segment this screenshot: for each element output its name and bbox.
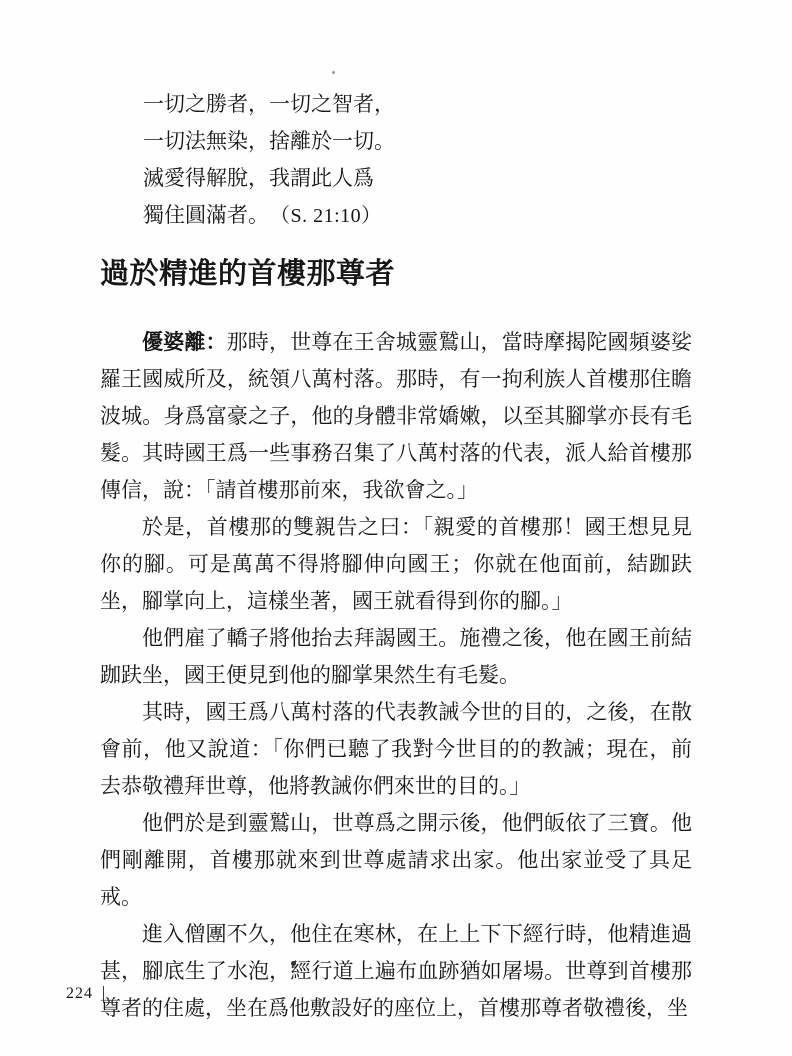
section-heading: 過於精進的首樓那尊者 [100,257,692,291]
scan-artifact-dot [291,961,296,966]
body-text: 優婆離：那時，世尊在王舍城靈鷲山，當時摩揭陀國頻婆娑羅王國威所及，統領八萬村落。… [100,324,692,1027]
page-content: 一切之勝者，一切之智者， 一切法無染，捨離於一切。 滅愛得解脫，我謂此人爲 獨住… [0,0,792,1027]
verse-line-1: 一切之勝者，一切之智者， [143,86,692,123]
paragraph-4: 其時，國王爲八萬村落的代表教誡今世的目的，之後，在散會前，他又說道：「你們已聽了… [100,694,692,805]
verse-line-4: 獨住圓滿者。（S. 21:10） [143,197,692,235]
paragraph-1-text: 那時，世尊在王舍城靈鷲山，當時摩揭陀國頻婆娑羅王國威所及，統領八萬村落。那時，有… [100,330,692,502]
verse-citation: （S. 21:10） [280,205,382,227]
verse-line-3: 滅愛得解脫，我謂此人爲 [143,160,692,197]
verse-line-4-text: 獨住圓滿者。 [143,203,269,227]
verse-block: 一切之勝者，一切之智者， 一切法無染，捨離於一切。 滅愛得解脫，我謂此人爲 獨住… [100,86,692,235]
paragraph-5: 他們於是到靈鷲山，世尊爲之開示後，他們皈依了三寶。他們剛離開，首樓那就來到世尊處… [100,805,692,916]
page-number: 224 [66,985,93,1003]
paragraph-2: 於是，首樓那的雙親告之曰：「親愛的首樓那！國王想見見你的腳。可是萬萬不得將腳伸向… [100,509,692,620]
paragraph-6: 進入僧團不久，他住在寒林，在上上下下經行時，他精進過甚，腳底生了水泡，經行道上遍… [100,916,692,1027]
paragraph-3: 他們雇了轎子將他抬去拜謁國王。施禮之後，他在國王前結跏趺坐，國王便見到他的腳掌果… [100,620,692,694]
scan-artifact-dot [332,71,335,74]
paragraph-1: 優婆離：那時，世尊在王舍城靈鷲山，當時摩揭陀國頻婆娑羅王國威所及，統領八萬村落。… [100,324,692,509]
footer-divider [103,986,104,1003]
verse-line-2: 一切法無染，捨離於一切。 [143,123,692,160]
page-footer: 224 [66,985,104,1003]
speaker-label: 優婆離： [142,330,227,354]
book-page: 一切之勝者，一切之智者， 一切法無染，捨離於一切。 滅愛得解脫，我謂此人爲 獨住… [0,0,792,1056]
